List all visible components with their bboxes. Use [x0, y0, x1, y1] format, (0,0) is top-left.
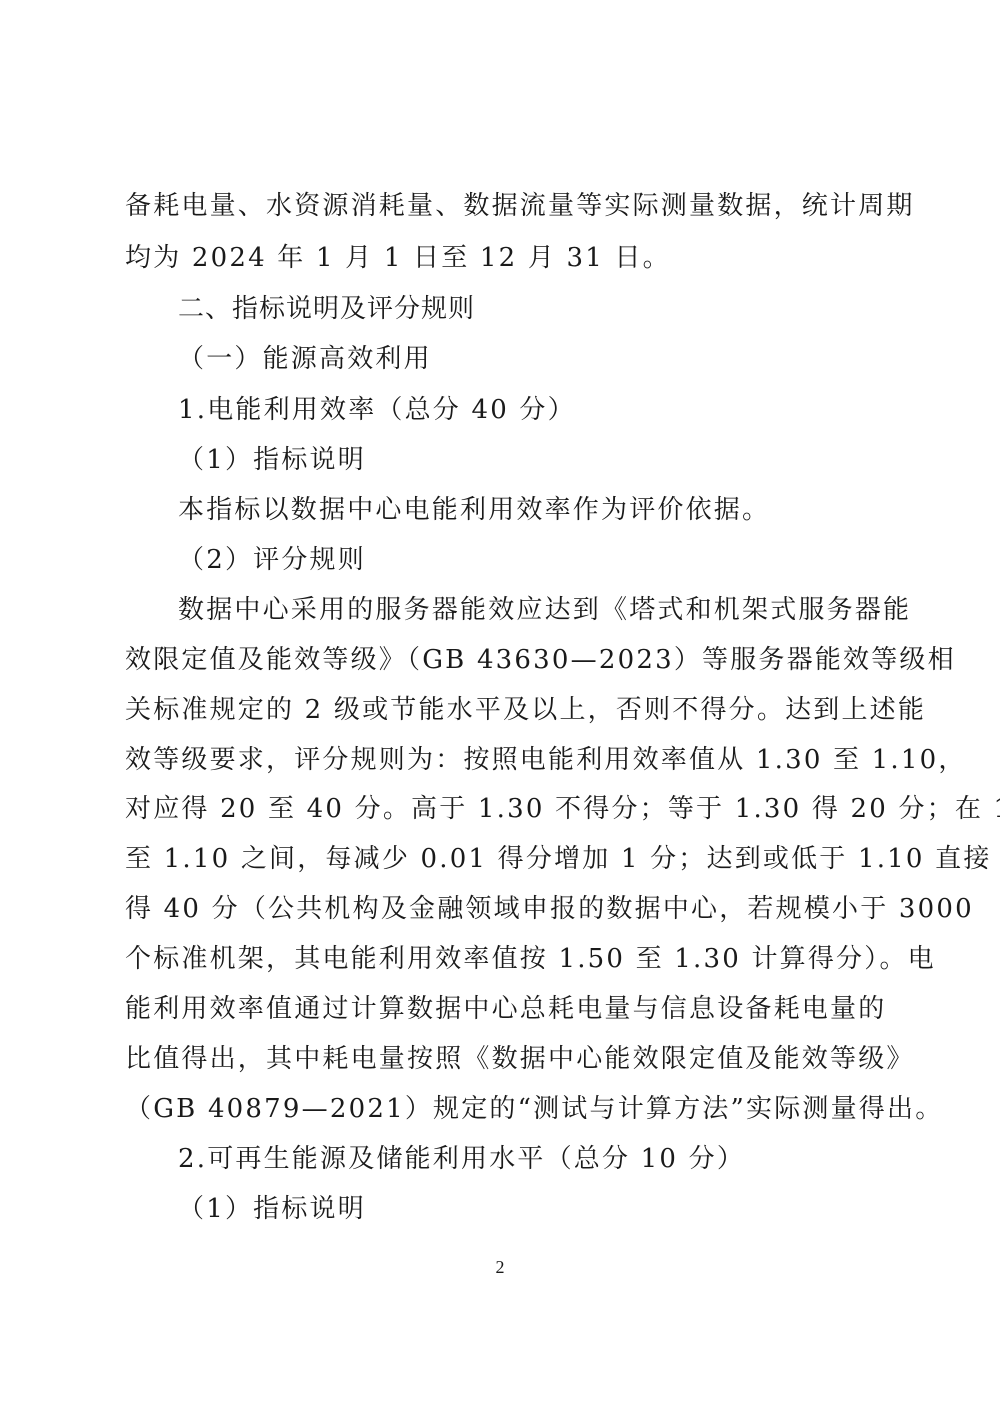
section-heading: 二、指标说明及评分规则 [178, 293, 475, 325]
paragraph-line: 效限定值及能效等级》（GB 43630—2023）等服务器能效等级相 [125, 644, 877, 676]
paragraph-line: 比值得出，其中耗电量按照《数据中心能效限定值及能效等级》 [125, 1043, 877, 1075]
subitem-heading: （2）评分规则 [178, 544, 366, 576]
paragraph-line: 至 1.10 之间，每减少 0.01 得分增加 1 分；达到或低于 1.10 直… [125, 843, 877, 875]
paragraph-line: 效等级要求，评分规则为：按照电能利用效率值从 1.30 至 1.10， [125, 744, 877, 776]
subsection-heading: （一）能源高效利用 [178, 343, 432, 375]
item-heading: 1.电能利用效率（总分 40 分） [178, 394, 576, 426]
paragraph-line: 对应得 20 至 40 分。高于 1.30 不得分；等于 1.30 得 20 分… [125, 793, 877, 825]
subitem-heading: （1）指标说明 [178, 444, 366, 476]
paragraph-line: 个标准机架，其电能利用效率值按 1.50 至 1.30 计算得分）。电 [125, 943, 877, 975]
item-heading: 2.可再生能源及储能利用水平（总分 10 分） [178, 1143, 745, 1175]
paragraph-line: （GB 40879—2021）规定的“测试与计算方法”实际测量得出。 [125, 1093, 877, 1125]
paragraph-line: 数据中心采用的服务器能效应达到《塔式和机架式服务器能 [178, 594, 877, 626]
page-number: 2 [0, 1257, 1000, 1278]
subitem-heading: （1）指标说明 [178, 1193, 366, 1225]
paragraph-line: 关标准规定的 2 级或节能水平及以上，否则不得分。达到上述能 [125, 694, 877, 726]
paragraph-line: 能利用效率值通过计算数据中心总耗电量与信息设备耗电量的 [125, 993, 877, 1025]
paragraph-line: 本指标以数据中心电能利用效率作为评价依据。 [178, 494, 770, 526]
paragraph-line: 得 40 分（公共机构及金融领域申报的数据中心，若规模小于 3000 [125, 893, 877, 925]
paragraph-line: 备耗电量、水资源消耗量、数据流量等实际测量数据，统计周期 [125, 190, 877, 222]
paragraph-line: 均为 2024 年 1 月 1 日至 12 月 31 日。 [125, 242, 877, 274]
